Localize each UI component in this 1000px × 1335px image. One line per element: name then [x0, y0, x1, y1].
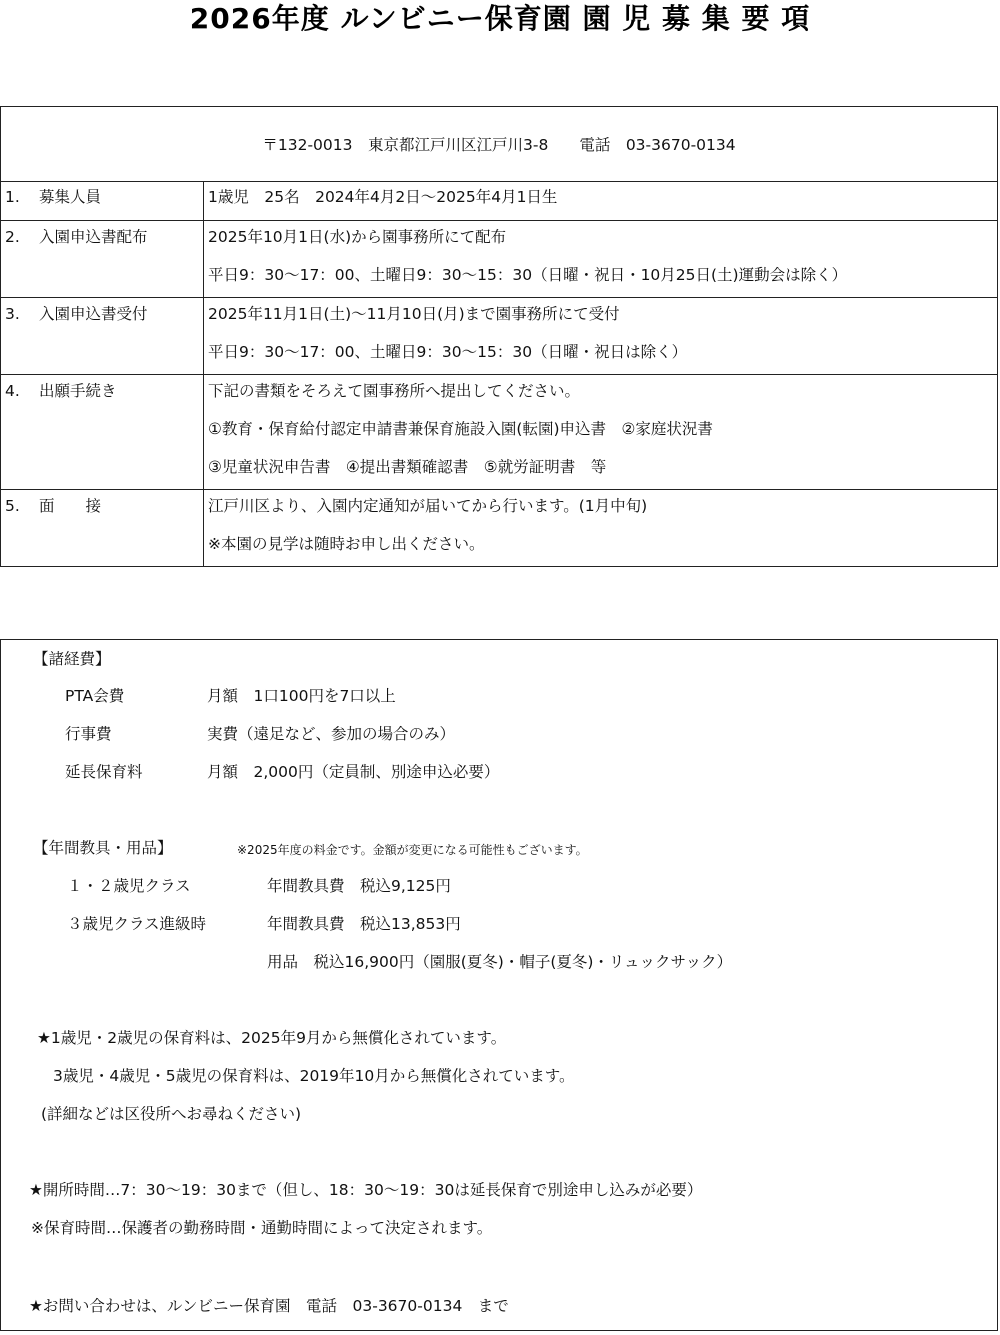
table-row: 1.募集人員 1歳児 25名 2024年4月2日〜2025年4月1日生: [1, 182, 998, 221]
row-label: 入園申込書受付: [39, 305, 148, 323]
fees-heading: 【諸経費】: [33, 649, 111, 669]
row-label: 入園申込書配布: [39, 228, 148, 246]
fees-section: 【諸経費】 PTA会費 月額 1口100円を7口以上 行事費 実費（遠足など、参…: [0, 639, 998, 1331]
care-hours-note: ※保育時間…保護者の勤務時間・通勤時間によって決定されます。: [31, 1218, 492, 1238]
opening-hours: ★開所時間…7：30〜19：30まで（但し、18：30〜19：30は延長保育で別…: [29, 1180, 702, 1200]
row-label: 出願手続き: [39, 382, 117, 400]
row-number: 2.: [5, 221, 39, 253]
fee-value: 月額 1口100円を7口以上: [207, 686, 396, 706]
row-number: 3.: [5, 298, 39, 330]
free-notice-1: ★1歳児・2歳児の保育料は、2025年9月から無償化されています。: [37, 1028, 506, 1048]
supply-name: ３歳児クラス進級時: [67, 914, 206, 934]
supply-name: １・２歳児クラス: [67, 876, 191, 896]
contact-line: ★お問い合わせは、ルンビニー保育園 電話 03-3670-0134 まで: [29, 1296, 509, 1316]
row-text: ※本園の見学は随時お申し出ください。: [208, 528, 997, 566]
row-text: 江戸川区より、入園内定通知が届いてから行います。(1月中旬): [208, 490, 997, 528]
row-number: 5.: [5, 490, 39, 522]
fee-value: 月額 2,000円（定員制、別途申込必要）: [207, 762, 499, 782]
row-text: 平日9：30〜17：00、土曜日9：30〜15：30（日曜・祝日は除く）: [208, 336, 997, 374]
row-text: 2025年11月1日(土)〜11月10日(月)まで園事務所にて受付: [208, 298, 997, 336]
row-text: ③児童状況申告書 ④提出書類確認書 ⑤就労証明書 等: [208, 451, 997, 489]
row-text: 下記の書類をそろえて園事務所へ提出してください。: [208, 375, 997, 413]
supply-value: 年間教具費 税込13,853円: [267, 914, 461, 934]
row-text: 1歳児 25名 2024年4月2日〜2025年4月1日生: [208, 182, 997, 220]
supply-value: 年間教具費 税込9,125円: [267, 876, 451, 896]
table-row: 2.入園申込書配布 2025年10月1日(水)から園事務所にて配布 平日9：30…: [1, 221, 998, 298]
table-row: 5.面 接 江戸川区より、入園内定通知が届いてから行います。(1月中旬) ※本園…: [1, 490, 998, 567]
supplies-heading: 【年間教具・用品】: [33, 838, 173, 858]
address-line: 〒132-0013 東京都江戸川区江戸川3-8 電話 03-3670-0134: [1, 107, 998, 182]
fee-name: 延長保育料: [65, 762, 143, 782]
supplies-note: ※2025年度の料金です。金額が変更になる可能性もございます。: [237, 840, 588, 860]
fee-name: PTA会費: [65, 686, 124, 706]
address-row: 〒132-0013 東京都江戸川区江戸川3-8 電話 03-3670-0134: [1, 107, 998, 182]
row-text: 平日9：30〜17：00、土曜日9：30〜15：30（日曜・祝日・10月25日(…: [208, 259, 997, 297]
fee-value: 実費（遠足など、参加の場合のみ）: [207, 724, 455, 744]
row-number: 4.: [5, 375, 39, 407]
row-number: 1.: [5, 182, 39, 212]
supply-value: 用品 税込16,900円（園服(夏冬)・帽子(夏冬)・リュックサック）: [267, 952, 732, 972]
row-label: 面 接: [39, 497, 101, 515]
fee-name: 行事費: [65, 724, 112, 744]
table-row: 4.出願手続き 下記の書類をそろえて園事務所へ提出してください。 ①教育・保育給…: [1, 375, 998, 490]
page-title: 2026年度 ルンビニー保育園 園 児 募 集 要 項: [0, 0, 1000, 40]
row-text: ①教育・保育給付認定申請書兼保育施設入園(転園)申込書 ②家庭状況書: [208, 413, 997, 451]
row-label: 募集人員: [39, 188, 101, 206]
free-notice-3: (詳細などは区役所へお尋ねください): [41, 1104, 301, 1124]
info-table: 〒132-0013 東京都江戸川区江戸川3-8 電話 03-3670-0134 …: [0, 106, 998, 567]
free-notice-2: 3歳児・4歳児・5歳児の保育料は、2019年10月から無償化されています。: [53, 1066, 575, 1086]
table-row: 3.入園申込書受付 2025年11月1日(土)〜11月10日(月)まで園事務所に…: [1, 298, 998, 375]
row-text: 2025年10月1日(水)から園事務所にて配布: [208, 221, 997, 259]
